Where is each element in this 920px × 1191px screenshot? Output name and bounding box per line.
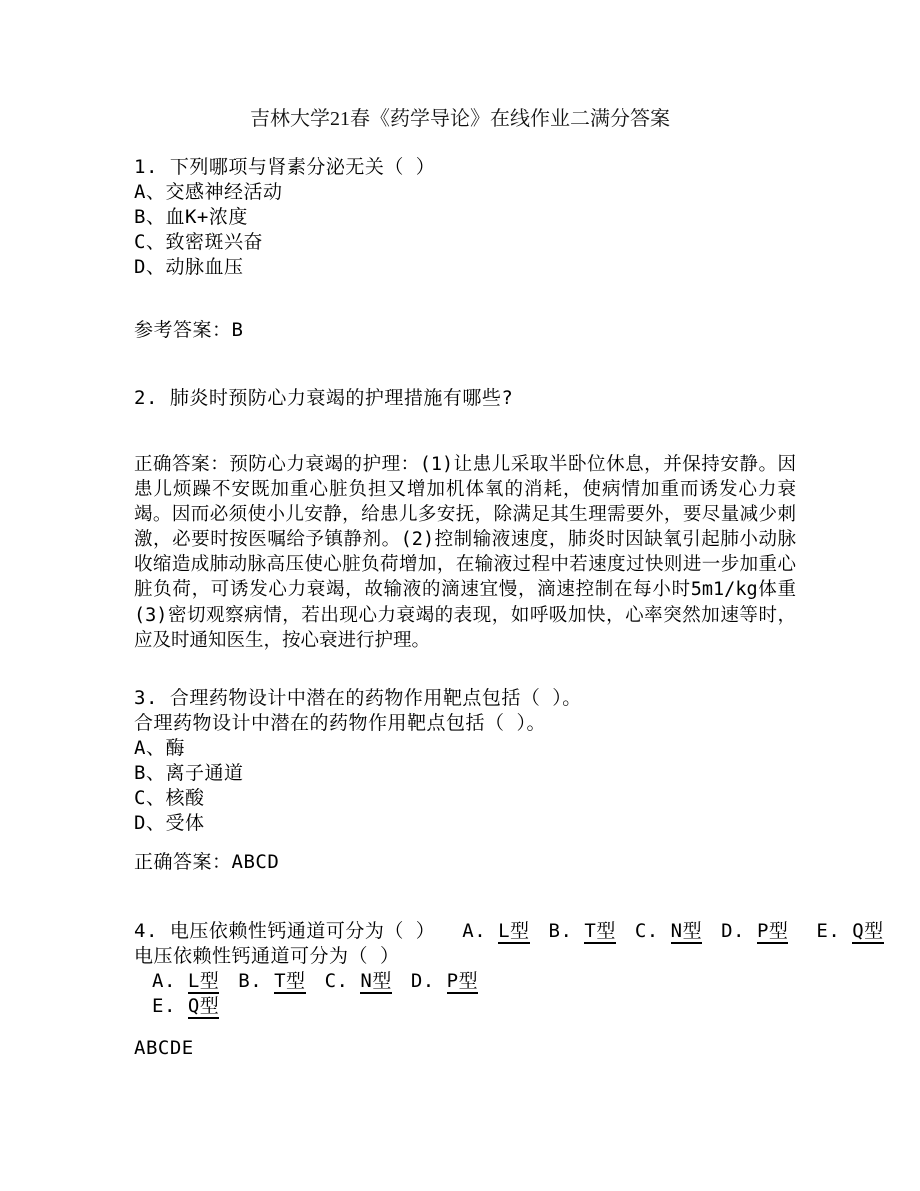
- q4-options-line: A. L型B. T型C. N型D. P型: [152, 969, 478, 994]
- q1-stem: 1. 下列哪项与肾素分泌无关（ ）: [134, 155, 435, 180]
- option-label: A.: [462, 920, 498, 942]
- q3-answer-value: ABCD: [232, 851, 280, 873]
- option-label: A.: [152, 970, 188, 992]
- q3-option-d: D、受体: [134, 811, 204, 836]
- option-value: Q型: [188, 995, 219, 1019]
- q1-option-d: D、动脉血压: [134, 255, 243, 280]
- q3-option-c: C、核酸: [134, 786, 204, 811]
- q3-stem: 3. 合理药物设计中潜在的药物作用靶点包括（ ）。: [134, 686, 582, 711]
- q1-answer-line: 参考答案：B: [134, 318, 243, 343]
- q4-inline-option-d: D. P型: [721, 919, 788, 944]
- option-label: D.: [721, 920, 757, 942]
- option-label: D.: [411, 970, 447, 992]
- q3-stem-repeat: 合理药物设计中潜在的药物作用靶点包括（ ）。: [134, 711, 546, 736]
- q4-option-a: A. L型: [152, 969, 219, 994]
- q4-option-e-line: E. Q型: [152, 994, 219, 1019]
- option-value: T型: [274, 970, 305, 994]
- option-value: L型: [188, 970, 219, 994]
- page-title: 吉林大学21春《药学导论》在线作业二满分答案: [0, 106, 920, 132]
- q4-option-b: B. T型: [238, 969, 305, 994]
- q3-answer-line: 正确答案：ABCD: [134, 850, 279, 875]
- option-value: N型: [360, 970, 391, 994]
- option-label: B.: [238, 970, 274, 992]
- q4-inline-option-b: B. T型: [549, 919, 616, 944]
- q2-answer-paragraph: 正确答案：预防心力衰竭的护理：(1)让患儿采取半卧位休息，并保持安静。因患儿烦躁…: [134, 452, 796, 653]
- option-label: E.: [816, 920, 852, 942]
- q1-answer-label: 参考答案：: [134, 319, 232, 341]
- q4-option-c: C. N型: [325, 969, 392, 994]
- q4-stem-line: 4. 电压依赖性钙通道可分为（ ）A. L型B. T型C. N型D. P型E. …: [134, 919, 884, 944]
- q1-option-c: C、致密斑兴奋: [134, 230, 263, 255]
- q4-option-e: E. Q型: [152, 994, 219, 1019]
- q3-option-a: A、酶: [134, 736, 185, 761]
- option-label: C.: [635, 920, 671, 942]
- option-value: P型: [447, 970, 478, 994]
- q4-option-d: D. P型: [411, 969, 478, 994]
- q3-answer-label: 正确答案：: [134, 851, 232, 873]
- q4-stem: 4. 电压依赖性钙通道可分为（ ）: [134, 920, 435, 942]
- q4-answer: ABCDE: [134, 1036, 194, 1061]
- q4-stem-repeat: 电压依赖性钙通道可分为（ ）: [134, 944, 399, 969]
- option-label: B.: [549, 920, 585, 942]
- option-value: L型: [498, 920, 529, 944]
- q4-inline-option-a: A. L型: [462, 919, 529, 944]
- option-value: P型: [757, 920, 788, 944]
- option-label: C.: [325, 970, 361, 992]
- q3-option-b: B、离子通道: [134, 761, 243, 786]
- q1-answer-value: B: [232, 319, 244, 341]
- q4-inline-option-c: C. N型: [635, 919, 702, 944]
- q1-option-b: B、血K+浓度: [134, 205, 248, 230]
- document-page: 吉林大学21春《药学导论》在线作业二满分答案 1. 下列哪项与肾素分泌无关（ ）…: [0, 0, 920, 1191]
- option-label: E.: [152, 995, 188, 1017]
- q1-option-a: A、交感神经活动: [134, 180, 282, 205]
- q2-stem: 2. 肺炎时预防心力衰竭的护理措施有哪些?: [134, 386, 513, 411]
- option-value: N型: [671, 920, 702, 944]
- option-value: Q型: [852, 920, 883, 944]
- option-value: T型: [584, 920, 615, 944]
- q4-inline-option-e: E. Q型: [816, 919, 883, 944]
